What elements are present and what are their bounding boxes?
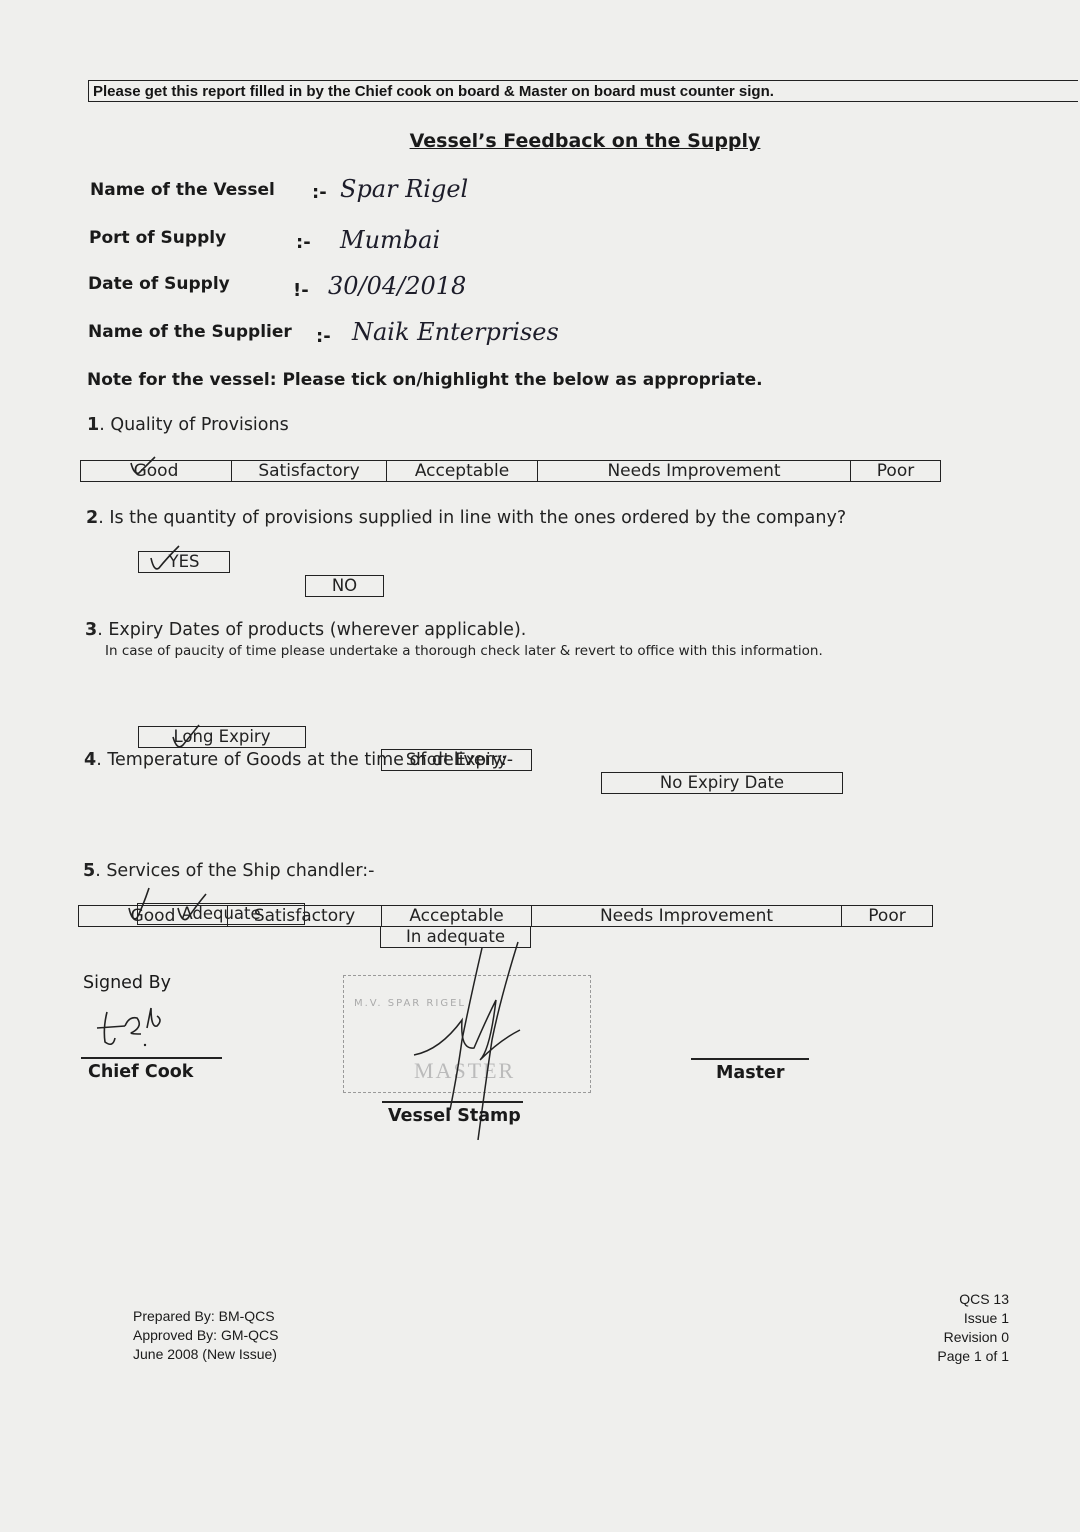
footer-doc-code: QCS 13 [937,1290,1009,1309]
quantity-option-yes[interactable]: YES [138,551,230,573]
footer-page-number: Page 1 of 1 [937,1347,1009,1366]
footer-revision: Revision 0 [937,1328,1009,1347]
chandler-option-good[interactable]: Good [79,906,228,926]
chief-cook-signature [85,998,195,1053]
port-of-supply-value[interactable]: Mumbai [340,226,440,254]
vessel-stamp-line [382,1101,523,1103]
instructions-note: Note for the vessel: Please tick on/high… [87,370,763,390]
vessel-name-label: Name of the Vessel [90,180,275,200]
footer-approved-by: Approved By: GM-QCS [133,1326,279,1345]
supplier-name-separator: :- [316,326,331,347]
question-1-number: 1 [87,415,99,435]
vessel-name-separator: :- [312,182,327,203]
question-4-text: . Temperature of Goods at the time of de… [96,750,513,770]
notice-banner: Please get this report filled in by the … [88,80,1078,102]
question-5-text: . Services of the Ship chandler:- [95,861,374,881]
question-2-number: 2 [86,508,98,528]
question-5-number: 5 [83,861,95,881]
question-3-text: . Expiry Dates of products (wherever app… [97,620,526,640]
chandler-option-poor[interactable]: Poor [842,906,932,926]
chandler-option-acceptable[interactable]: Acceptable [382,906,532,926]
quality-rating-row: Good Satisfactory Acceptable Needs Impro… [80,460,941,482]
port-of-supply-label: Port of Supply [89,228,226,248]
supplier-name-value[interactable]: Naik Enterprises [352,318,559,346]
chief-cook-label: Chief Cook [88,1062,193,1082]
chandler-option-needs-improvement[interactable]: Needs Improvement [532,906,842,926]
chief-cook-signature-line [81,1057,222,1059]
question-3-subtext: In case of paucity of time please undert… [105,643,823,659]
question-4-number: 4 [84,750,96,770]
footer-issue-date: June 2008 (New Issue) [133,1345,279,1364]
footer-left: Prepared By: BM-QCS Approved By: GM-QCS … [133,1307,279,1364]
question-2: 2. Is the quantity of provisions supplie… [86,508,846,528]
quality-option-needs-improvement[interactable]: Needs Improvement [538,461,851,481]
question-5: 5. Services of the Ship chandler:- [83,861,374,881]
footer-right: QCS 13 Issue 1 Revision 0 Page 1 of 1 [937,1290,1009,1366]
quantity-option-no[interactable]: NO [305,575,384,597]
page-title: Vessel’s Feedback on the Supply [0,130,1080,152]
expiry-option-long[interactable]: Long Expiry [138,726,306,748]
vessel-name-value[interactable]: Spar Rigel [340,175,468,203]
supplier-name-label: Name of the Supplier [88,322,292,342]
question-3-number: 3 [85,620,97,640]
signed-by-label: Signed By [83,973,171,993]
question-3: 3. Expiry Dates of products (wherever ap… [85,620,526,640]
footer-issue: Issue 1 [937,1309,1009,1328]
chandler-option-satisfactory[interactable]: Satisfactory [228,906,382,926]
date-of-supply-value[interactable]: 30/04/2018 [328,272,466,300]
quality-option-satisfactory[interactable]: Satisfactory [232,461,387,481]
question-1-text: . Quality of Provisions [99,415,289,435]
quality-option-acceptable[interactable]: Acceptable [387,461,538,481]
master-signature-line [691,1058,809,1060]
vessel-stamp-label: Vessel Stamp [388,1106,521,1126]
footer-prepared-by: Prepared By: BM-QCS [133,1307,279,1326]
date-of-supply-separator: !- [293,280,309,301]
chandler-rating-row: Good Satisfactory Acceptable Needs Impro… [78,905,933,927]
port-of-supply-separator: :- [296,232,311,253]
date-of-supply-label: Date of Supply [88,274,230,294]
question-2-text: . Is the quantity of provisions supplied… [98,508,846,528]
expiry-option-none[interactable]: No Expiry Date [601,772,843,794]
question-4: 4. Temperature of Goods at the time of d… [84,750,513,770]
quality-option-poor[interactable]: Poor [851,461,940,481]
question-1: 1. Quality of Provisions [87,415,289,435]
quality-option-good[interactable]: Good [81,461,232,481]
master-label: Master [716,1063,785,1083]
